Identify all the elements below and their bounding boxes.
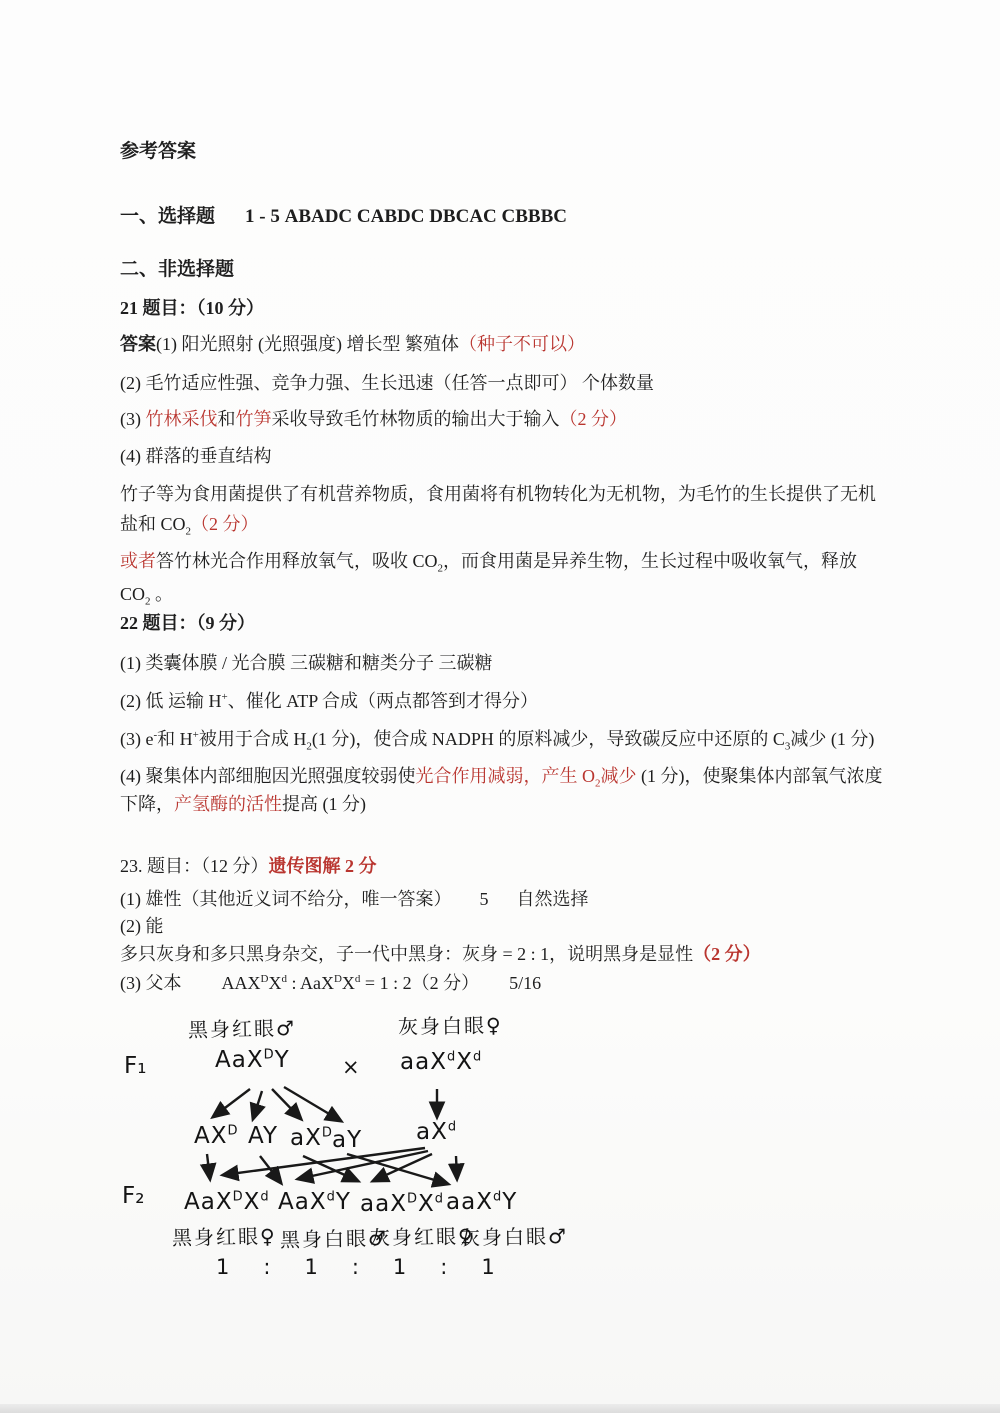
text-segment: 下降， <box>120 794 174 814</box>
superscript: D <box>228 1123 239 1138</box>
q21-answer-alt-cont: CO2 。 <box>120 583 940 606</box>
text-segment: 和 <box>218 409 236 429</box>
genetics-diagram: 黑身红眼♂ 灰身白眼♀ F₁ AaXDY × aaXdXd AXD AY aXD… <box>120 1007 720 1307</box>
q22-answer-2: (2) 低 运输 H+、催化 ATP 合成（两点都答到才得分） <box>120 690 940 713</box>
parent-female-genotype: aaXdXd <box>400 1049 482 1075</box>
text-segment: X <box>268 973 281 993</box>
answer-label: 答案 <box>120 334 156 354</box>
text-segment: Y <box>336 1189 351 1215</box>
text-segment: Y <box>502 1189 517 1215</box>
text-segment: (2) 低 运输 H <box>120 691 222 711</box>
text-segment: aY <box>332 1127 362 1153</box>
text-segment: = 1 : 2（2 分） <box>360 973 479 993</box>
ratio-value: 1 <box>216 1255 229 1279</box>
f2-phenotype-1: 黑身红眼♀ <box>172 1220 277 1251</box>
q21-answer-5: 竹子等为食用菌提供了有机营养物质，食用菌将有机物转化为无机物，为毛竹的生长提供了… <box>120 483 940 506</box>
text-segment: AX <box>194 1123 228 1149</box>
text-segment: (1) 阳光照射 (光照强度) 增长型 繁殖体 <box>156 334 459 354</box>
gamete-5: aXd <box>416 1119 457 1145</box>
f2-genotype-1: AaXDXd <box>184 1189 270 1215</box>
text-segment: X <box>244 1189 261 1215</box>
q21-answer-3: (3) 竹林采伐和竹笋采收导致毛竹林物质的输出大于输入（2 分） <box>120 408 940 431</box>
text-segment: ，而食用菌是异养生物，生长过程中吸收氧气，释放 <box>443 551 857 571</box>
q22-answer-1: (1) 类囊体膜 / 光合膜 三碳糖和糖类分子 三碳糖 <box>120 652 940 675</box>
red-annotation: 光合作用减弱，产生 O <box>416 766 596 786</box>
text-segment: AaX <box>215 1047 264 1073</box>
text-segment: X <box>342 973 355 993</box>
text-segment: : <box>287 973 300 993</box>
text-segment: AaX <box>278 1189 327 1215</box>
red-annotation: 遗传图解 2 分 <box>269 856 377 876</box>
text-segment: (1) 雄性（其他近义词不给分，唯一答案） <box>120 889 452 909</box>
page-title: 参考答案 <box>120 140 940 163</box>
f2-ratio: 1 : 1 : 1 : 1 <box>216 1255 495 1279</box>
text-segment: (3) e <box>120 729 153 749</box>
superscript: D <box>407 1191 418 1206</box>
parent-male-phenotype: 黑身红眼♂ <box>188 1012 296 1043</box>
q23-answer-2-explain: 多只灰身和多只黑身杂交，子一代中黑身：灰身 = 2 : 1，说明黑身是显性（2 … <box>120 943 940 966</box>
score-annotation: （2 分） <box>191 514 259 534</box>
gamete-4: aY <box>332 1127 362 1153</box>
text-segment: aaX <box>360 1191 407 1217</box>
ratio-value: 1 <box>304 1255 317 1279</box>
ratio-value: 1 <box>393 1255 406 1279</box>
frq-heading: 二、非选择题 <box>120 258 940 281</box>
mcq-heading: 一、选择题 <box>120 206 215 227</box>
text-segment: 自然选择 <box>517 889 589 909</box>
superscript: d <box>435 1191 444 1206</box>
gamete-3: aXD <box>290 1125 333 1151</box>
text-segment: 盐和 CO <box>120 514 186 534</box>
text-segment: 。 <box>151 584 174 604</box>
q21-answer-5-cont: 盐和 CO2（2 分） <box>120 513 940 536</box>
parent-female-phenotype: 灰身白眼♀ <box>398 1009 503 1040</box>
text-segment: CO <box>120 584 145 604</box>
text-segment: 和 H <box>157 729 193 749</box>
superscript: d <box>493 1189 502 1204</box>
q23-answer-2: (2) 能 <box>120 915 940 938</box>
q21-answer-2: (2) 毛竹适应性强、竞争力强、生长迅速（任答一点即可） 个体数量 <box>120 372 940 395</box>
q22-heading: 22 题目：（9 分） <box>120 612 940 635</box>
text-segment: 、催化 ATP 合成（两点都答到才得分） <box>228 691 538 711</box>
text-segment: 提高 (1 分) <box>282 794 366 814</box>
superscript: d <box>448 1119 457 1134</box>
gamete-1: AXD <box>194 1123 239 1149</box>
red-annotation: 竹笋 <box>236 409 272 429</box>
superscript: D <box>264 1047 275 1062</box>
text-segment: aX <box>416 1119 448 1145</box>
text-segment: aaX <box>400 1049 447 1075</box>
f2-genotype-4: aaXdY <box>446 1189 517 1215</box>
gamete-2: AY <box>248 1123 278 1149</box>
text-segment: 多只灰身和多只黑身杂交，子一代中黑身：灰身 = 2 : 1，说明黑身是显性 <box>120 944 693 964</box>
f2-label: F₂ <box>122 1183 144 1209</box>
superscript: D <box>334 973 342 985</box>
red-annotation: （种子不可以） <box>459 334 585 354</box>
text-segment: 减少 (1 分) <box>790 729 874 749</box>
q23-answer-3: (3) 父本AAXDXd : AaXDXd = 1 : 2（2 分）5/16 <box>120 972 940 995</box>
q21-answer-4: (4) 群落的垂直结构 <box>120 445 940 468</box>
ratio-colon: : <box>440 1255 447 1279</box>
superscript: D <box>233 1189 244 1204</box>
q22-answer-3: (3) e-和 H+被用于合成 H2(1 分)，使合成 NADPH 的原料减少，… <box>120 728 940 751</box>
q22-answer-4-cont: 下降，产氢酶的活性提高 (1 分) <box>120 793 940 816</box>
text-segment: 5 <box>480 889 489 909</box>
f1-label: F₁ <box>124 1053 146 1079</box>
mcq-answers: 1 - 5 ABADC CABDC DBCAC CBBBC <box>245 206 567 227</box>
ratio-colon: : <box>263 1255 270 1279</box>
cross-symbol: × <box>342 1055 360 1079</box>
text-segment: 采收导致毛竹林物质的输出大于输入 <box>272 409 560 429</box>
q23-heading: 23. 题目：（12 分）遗传图解 2 分 <box>120 855 940 878</box>
score-annotation: （2 分） <box>560 409 628 429</box>
q21-answer-alt: 或者答竹林光合作用释放氧气，吸收 CO2，而食用菌是异养生物，生长过程中吸收氧气… <box>120 550 940 573</box>
text-segment: X <box>418 1191 435 1217</box>
ratio-colon: : <box>352 1255 359 1279</box>
genotype: AAXDXd <box>222 973 287 993</box>
text-segment: 被用于合成 H <box>199 729 307 749</box>
text-segment: 答竹林光合作用释放氧气，吸收 CO <box>156 551 438 571</box>
q22-answer-4: (4) 聚集体内部细胞因光照强度较弱使光合作用减弱，产生 O2减少 (1 分)，… <box>120 765 940 788</box>
genotype: AaXDXd <box>300 973 360 993</box>
text-segment: X <box>456 1049 473 1075</box>
superscript: d <box>260 1189 269 1204</box>
text-segment: (3) 父本 <box>120 973 182 993</box>
answer-sheet: 参考答案 一、选择题1 - 5 ABADC CABDC DBCAC CBBBC … <box>0 0 1000 1413</box>
q23-answer-1: (1) 雄性（其他近义词不给分，唯一答案）5自然选择 <box>120 888 940 911</box>
f2-genotype-3: aaXDXd <box>360 1191 444 1217</box>
text-segment: Y <box>275 1047 290 1073</box>
page-bottom-edge <box>0 1404 1000 1413</box>
score-annotation: （2 分） <box>693 944 761 964</box>
q21-heading: 21 题目：（10 分） <box>120 297 940 320</box>
text-segment: AY <box>248 1123 278 1149</box>
parent-male-genotype: AaXDY <box>215 1047 290 1073</box>
red-annotation: 竹林采伐 <box>146 409 218 429</box>
text-segment: aaX <box>446 1189 493 1215</box>
red-annotation: 或者 <box>120 551 156 571</box>
text-segment: AaX <box>184 1189 233 1215</box>
text-segment: (1 分)，使合成 NADPH 的原料减少，导致碳反应中还原的 C <box>312 729 785 749</box>
text-segment: (1 分)，使聚集体内部氧气浓度 <box>637 766 883 786</box>
superscript: d <box>447 1049 456 1064</box>
f2-genotype-2: AaXdY <box>278 1189 351 1215</box>
text-segment: (4) 聚集体内部细胞因光照强度较弱使 <box>120 766 416 786</box>
text-segment: aX <box>290 1125 322 1151</box>
red-annotation: 产氢酶的活性 <box>174 794 282 814</box>
mcq-section-line: 一、选择题1 - 5 ABADC CABDC DBCAC CBBBC <box>120 205 940 228</box>
text-segment: (3) <box>120 409 146 429</box>
text-segment: AaX <box>300 973 334 993</box>
red-annotation: 减少 <box>601 766 637 786</box>
text-segment: 23. 题目：（12 分） <box>120 856 269 876</box>
superscript: d <box>327 1189 336 1204</box>
f2-phenotype-4: 灰身白眼♂ <box>460 1220 568 1251</box>
text-segment: AAX <box>222 973 261 993</box>
q21-answer-1: 答案(1) 阳光照射 (光照强度) 增长型 繁殖体（种子不可以） <box>120 333 940 356</box>
superscript: d <box>473 1049 482 1064</box>
text-segment: 5/16 <box>509 973 541 993</box>
ratio-value: 1 <box>481 1255 494 1279</box>
